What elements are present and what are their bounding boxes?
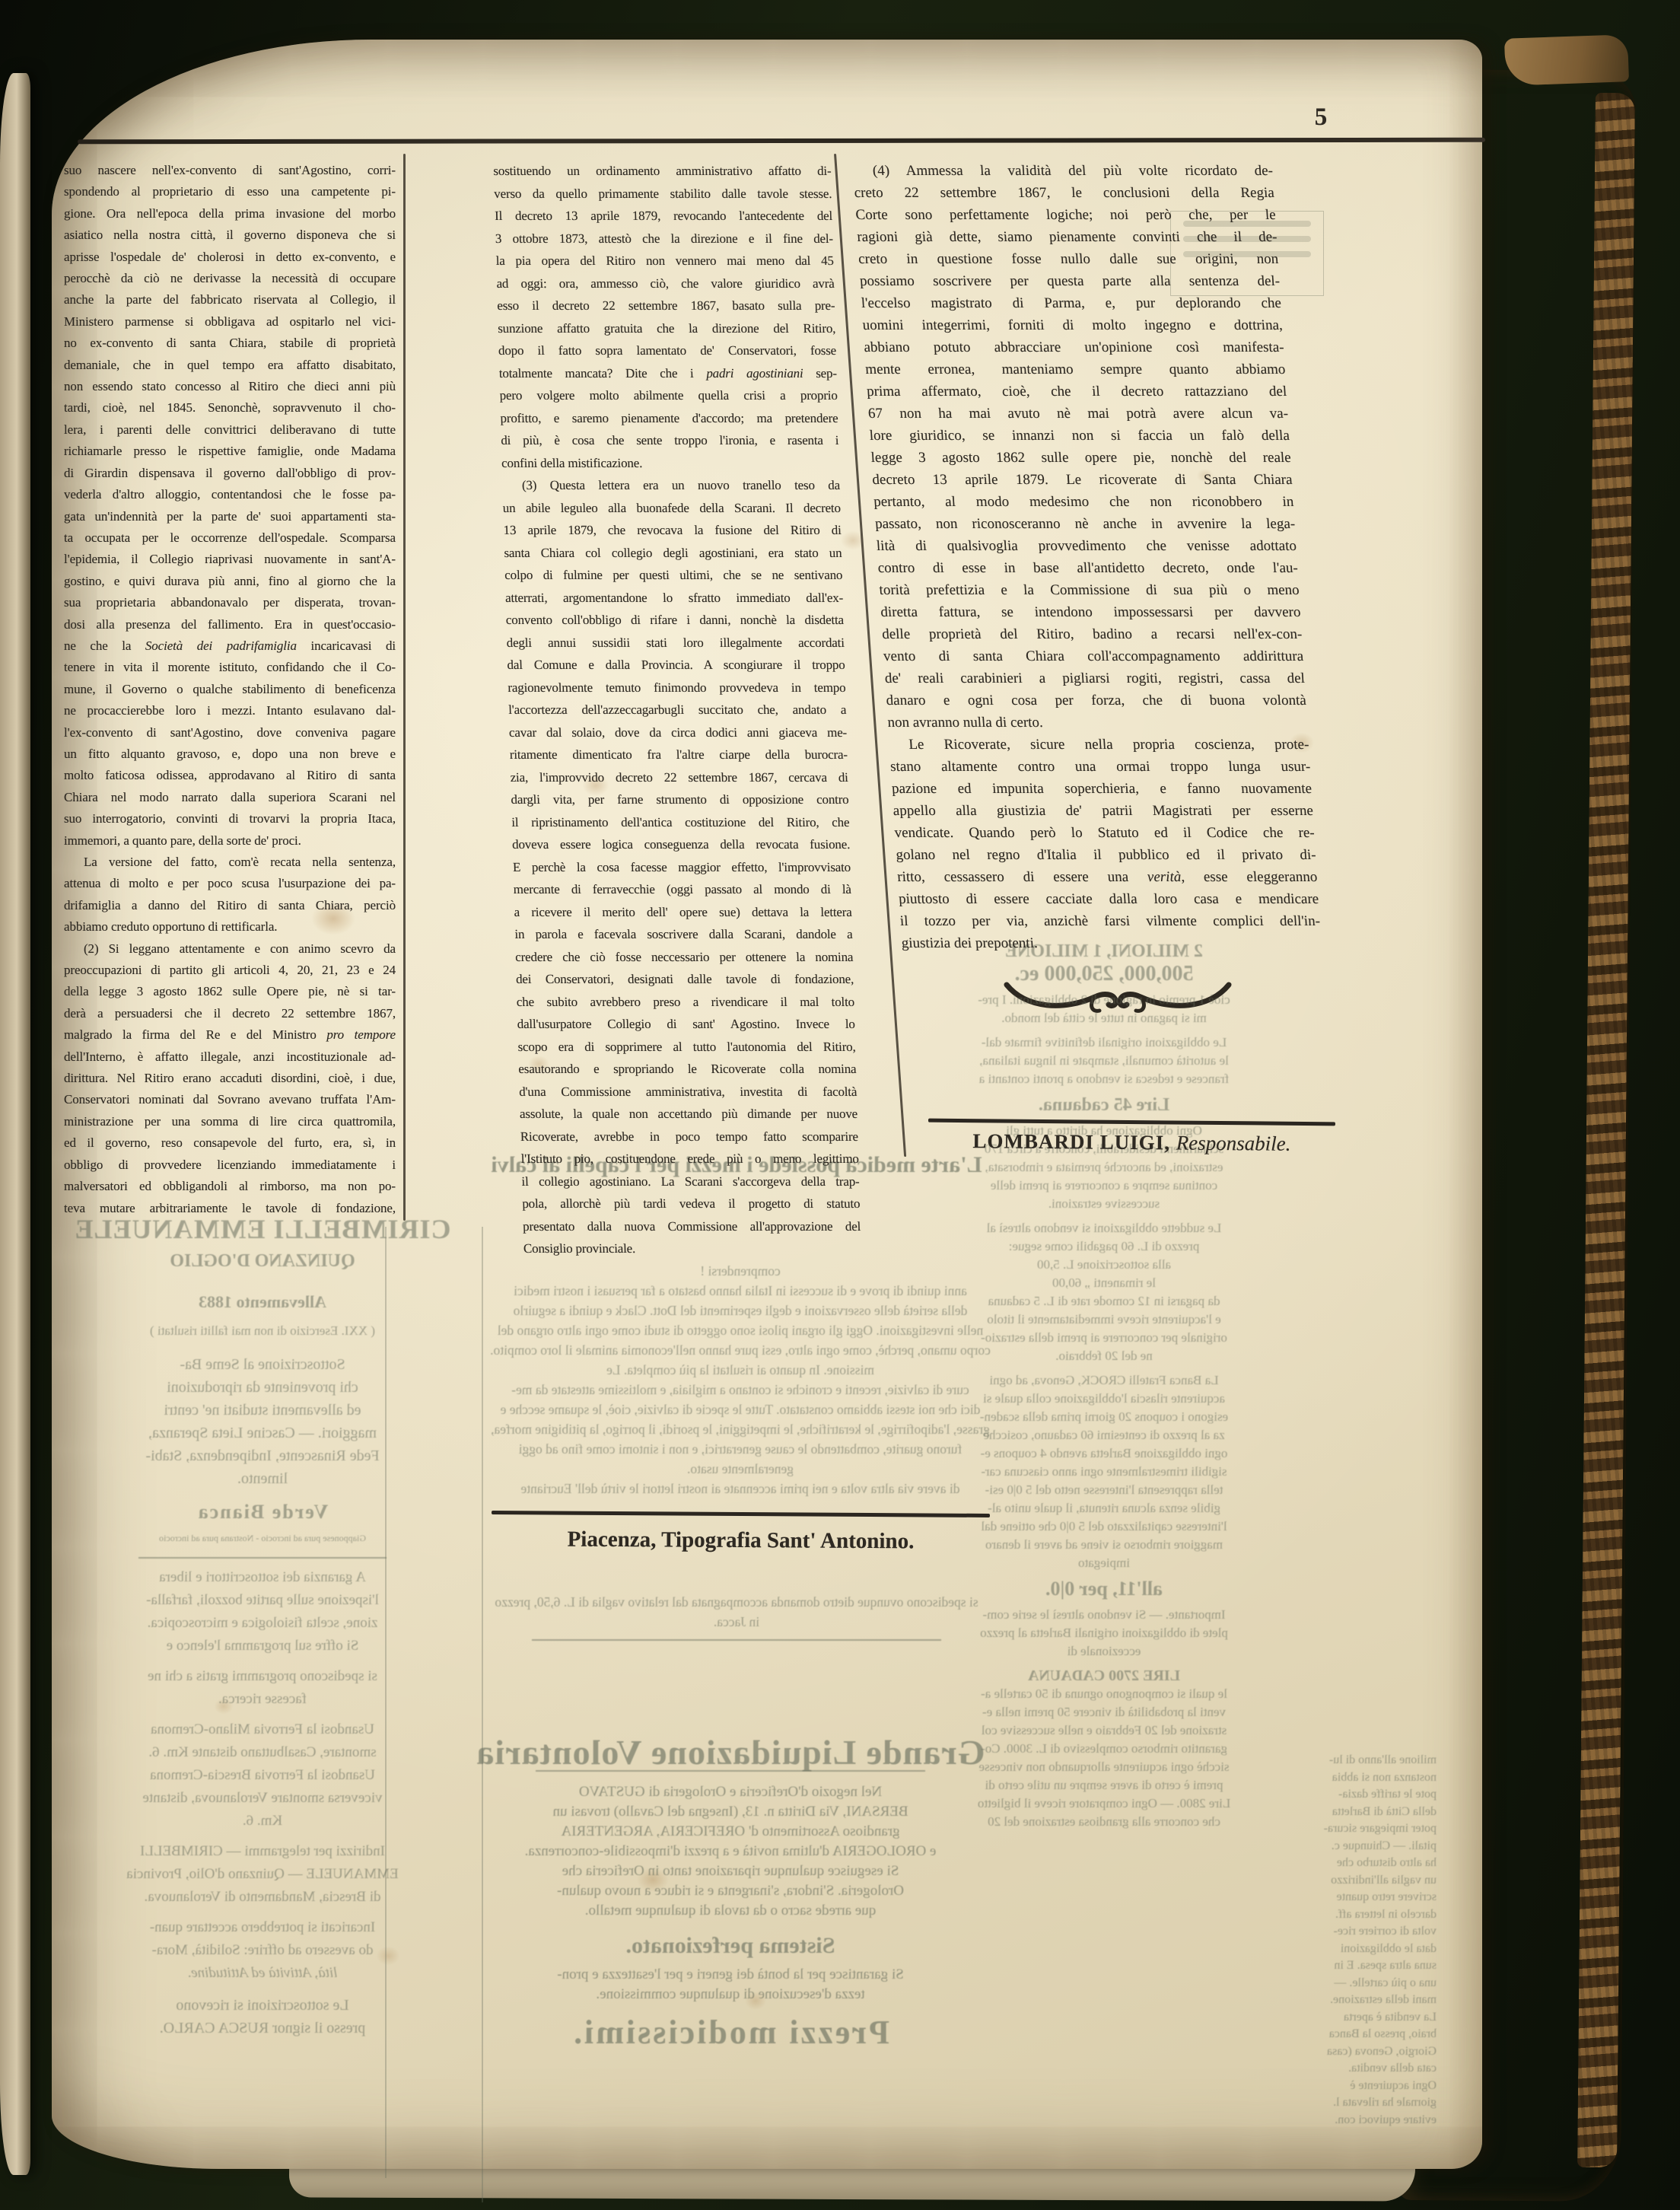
- responsible-name: LOMBARDI LUIGI,: [972, 1129, 1176, 1154]
- page-corner-fold: [1504, 34, 1629, 86]
- facing-page-edge: [0, 73, 30, 2175]
- newspaper-page: CIRIMBELLI EMMANUELEQUINZANO D'OGLIOAlle…: [52, 40, 1482, 2169]
- responsible-line: LOMBARDI LUIGI, Responsabile.: [928, 1129, 1335, 1157]
- column-3: (4) Ammessa la validità del più volte ri…: [852, 160, 1322, 954]
- ghost-rule-vertical-2: [482, 1227, 483, 2202]
- ghost-rule-vertical-1: [385, 1227, 387, 2178]
- page-number: 5: [1293, 103, 1348, 132]
- column-1: suo nascere nell'ex-convento di sant'Ago…: [64, 160, 396, 1219]
- ghost-lottery-column: 2 MILIONI, 1 MILIONE500,000, 250,000 ec.…: [940, 942, 1268, 1831]
- responsible-title: Responsabile.: [1176, 1132, 1291, 1155]
- column-2: sostituendo un ordinamento amministrativ…: [493, 160, 861, 1260]
- ghost-bottom-right-column: milione all'anno di lu-nostanza non si a…: [1208, 1752, 1437, 2129]
- masthead-rule: [78, 138, 1485, 145]
- imprint-rule: [492, 1511, 990, 1517]
- column-divider-1: [403, 154, 406, 1221]
- imprint-line: Piacenza, Tipografia Sant' Antonino.: [461, 1527, 1020, 1555]
- ghost-left-silkworm-ad: CIRIMBELLI EMMANUELEQUINZANO D'OGLIOAlle…: [68, 1218, 457, 2040]
